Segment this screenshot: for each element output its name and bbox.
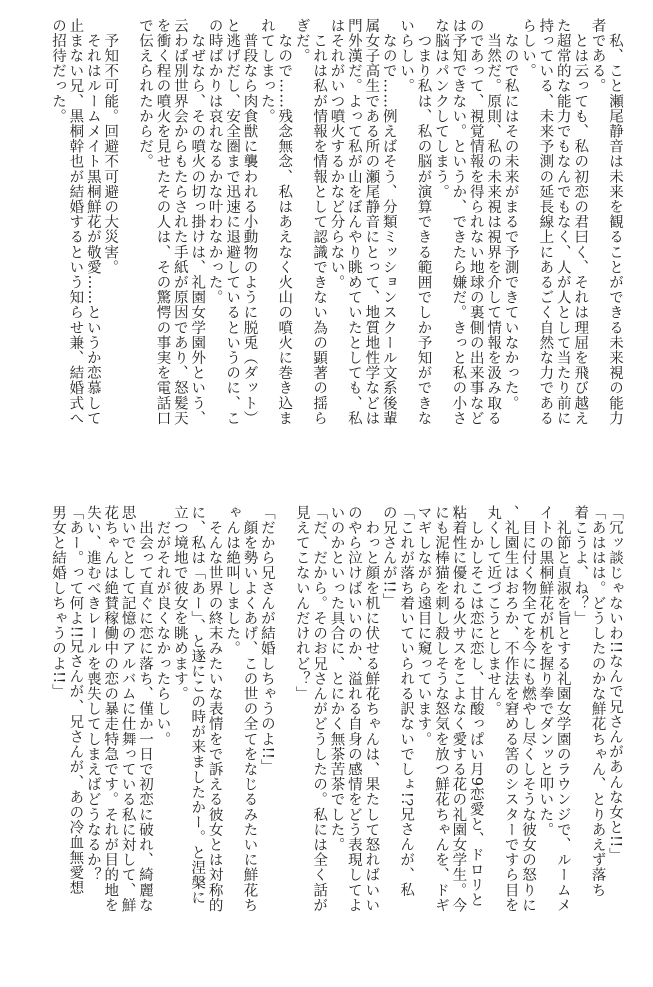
text-line: 止まない兄、黒桐幹也が結婚するという知らせ兼、結婚式へ [66,18,83,478]
text-line: た超常的な能力でもなんでもなく、人が人として当たり前に [553,18,570,478]
text-line: 予知不可能。回避不可避の大災害。 [101,18,118,478]
text-line: は予知できない。というか、できたら嫌だ。きっと私の小さ [449,18,466,478]
text-line: 粘着性に優れる火サスをこよなく愛する花の礼園女学生。今 [449,505,466,965]
text-line: 見えてこないんだけれど？」 [292,505,309,965]
text-line: 礼節と貞淑を旨とする礼園女学園のラウンジで、ルームメ [553,505,570,965]
text-line: の時ばかりは哀れなるかな叶わなかった。 [205,18,222,478]
text-block-top: 私、こと瀬尾静音は未来を観ることができる未来視の能力者である。 とは云っても、私… [49,18,623,478]
text-line: いらしい。 [397,18,414,478]
text-line: 丸くして近づこうとしません。 [484,505,501,965]
text-line: それはルームメイト黒桐鮮花が敬愛……というか恋慕して [83,18,100,478]
text-line: はそれがいつ噴火するかなど分らない。 [327,18,344,478]
text-line: 属女子高生である所の瀬尾静音にとって、地質地性学などは [362,18,379,478]
text-line: らしい。 [519,18,536,478]
text-line: そんな世界の終末みたいな表情をで訴える彼女とは対称的 [205,505,222,965]
text-line: の兄さんが!!」 [379,505,396,965]
text-line: に、私は「あー」、と遂にこの時が来ましたかー。と涅槃に [188,505,205,965]
text-block-bottom: 「冗ッ談じゃないわ!!なんで兄さんがあんな女と!!」「あははは。どうしたのかな鮮… [49,505,623,965]
text-line: のであって、視覚情報を得られない地球の裏側の出来事など [466,18,483,478]
text-line: 「だから兄さんが結婚しちゃうのよ!!」 [257,505,274,965]
text-line: にも泥棒猫を刺し殺しそうな怒気を放つ鮮花ちゃんを、ドギ [432,505,449,965]
text-line: れてしまった。 [257,18,274,478]
text-line: 「これが落ち着いていられる訳ないでしょ!?兄さんが、私 [397,505,414,965]
text-line: ぎだ。 [292,18,309,478]
text-line: 着こうよ、ね？」 [571,505,588,965]
text-line: イトの黒桐鮮花が机を握り拳でダンッと叩いた。 [536,505,553,965]
text-line: を衝く程の噴火を見せたその人は、その驚愕の事実を電話口 [153,18,170,478]
text-line: これは私が情報を情報として認識できない為の顕著の揺ら [310,18,327,478]
text-line: と逃げだし、安全圏まで迅速に退避しているというのに、こ [223,18,240,478]
text-line: マギしながら遠目に窺っています。 [414,505,431,965]
text-line: 門外漢だ。よって私が山をぼんやり眺めていたとしても、私 [345,18,362,478]
text-line: ゃんは絶叫しました。 [223,505,240,965]
text-line: 普段なら肉食獣に襲われる小動物のように脱兎（ダット） [240,18,257,478]
text-line: な脳はパンクしてしまう。 [432,18,449,478]
text-line: なぜなら、その噴火の切っ掛けは、礼園女学園外という、 [188,18,205,478]
text-line: つまり私は、私の脳が演算できる範囲でしか予知ができな [414,18,431,478]
text-line: いのかといった具合に、とにかく無茶苦茶でした。 [327,505,344,965]
text-line: なので……残念無念、私はあえなく火山の噴火に巻き込ま [275,18,292,478]
text-line: 立つ境地で彼女を眺めます。 [170,505,187,965]
text-line: 「だ、だから。そのお兄さんがどうしたの。私には全く話が [310,505,327,965]
text-line: 云わば別世界会からもたらされた手紙が原因であり、怒髪天 [170,18,187,478]
text-line: なので私にはその未来がまるで予測できていなかった。 [501,18,518,478]
text-line: 者である。 [588,18,605,478]
text-line: 当然だ。原則、私の未来視は視界を介して情報を汲み取る [484,18,501,478]
text-line: 顔を勢いよくあげ、この世の全てをなじるみたいに鮮花ち [240,505,257,965]
text-line: 失い、進むべきレールを喪失してしまえばどうなるか？ [83,505,100,965]
text-line: しかしそこは恋に恋し、甘酸っぱい月9恋愛と、ドロリと [466,505,483,965]
text-line: で伝えられたからだ。 [136,18,153,478]
text-line: なので……例えばそう、分類ミッションスクール文系後輩 [379,18,396,478]
text-line: の招待だった。 [49,18,66,478]
text-line: 、礼園生はおろか、不作法を窘める筈のシスターですら目を [501,505,518,965]
text-line: 「あー。って何よ!!兄さんが、兄さんが、あの冷血無愛想 [66,505,83,965]
text-line: 「あははは。どうしたのかな鮮花ちゃん、とりあえず落ち [588,505,605,965]
text-line: 花ちゃんは絶賛稼働中の恋の暴走特急です。それが目的地を [101,505,118,965]
text-line: だがそれが良くなかったらしい。 [153,505,170,965]
text-line: 持っている、未来予測の延長線上にあるごく自然な力である [536,18,553,478]
text-line: 出会って直ぐに恋に落ち、僅か一日で初恋に破れ、綺麗な [136,505,153,965]
text-line: 私、こと瀬尾静音は未来を観ることができる未来視の能力 [606,18,623,478]
text-line: 「冗ッ談じゃないわ!!なんで兄さんがあんな女と!!」 [606,505,623,965]
text-line: とは云っても、私の初恋の君曰く、それは理屈を飛び越え [571,18,588,478]
text-line: 目に付く物全てを今にも燃やし尽くしそうな彼女の怒りに [519,505,536,965]
text-line: わっと顔を机に伏せる鮮花ちゃんは、果たして怒ればいい [362,505,379,965]
text-line: のやら泣けばいいのか、溢れる自身の感情をどう表現してよ [345,505,362,965]
text-line: 男女と結婚しちゃうのよ!!」 [49,505,66,965]
text-line: 思いでとして記憶のアルバムに仕舞っている私に対して、鮮 [118,505,135,965]
